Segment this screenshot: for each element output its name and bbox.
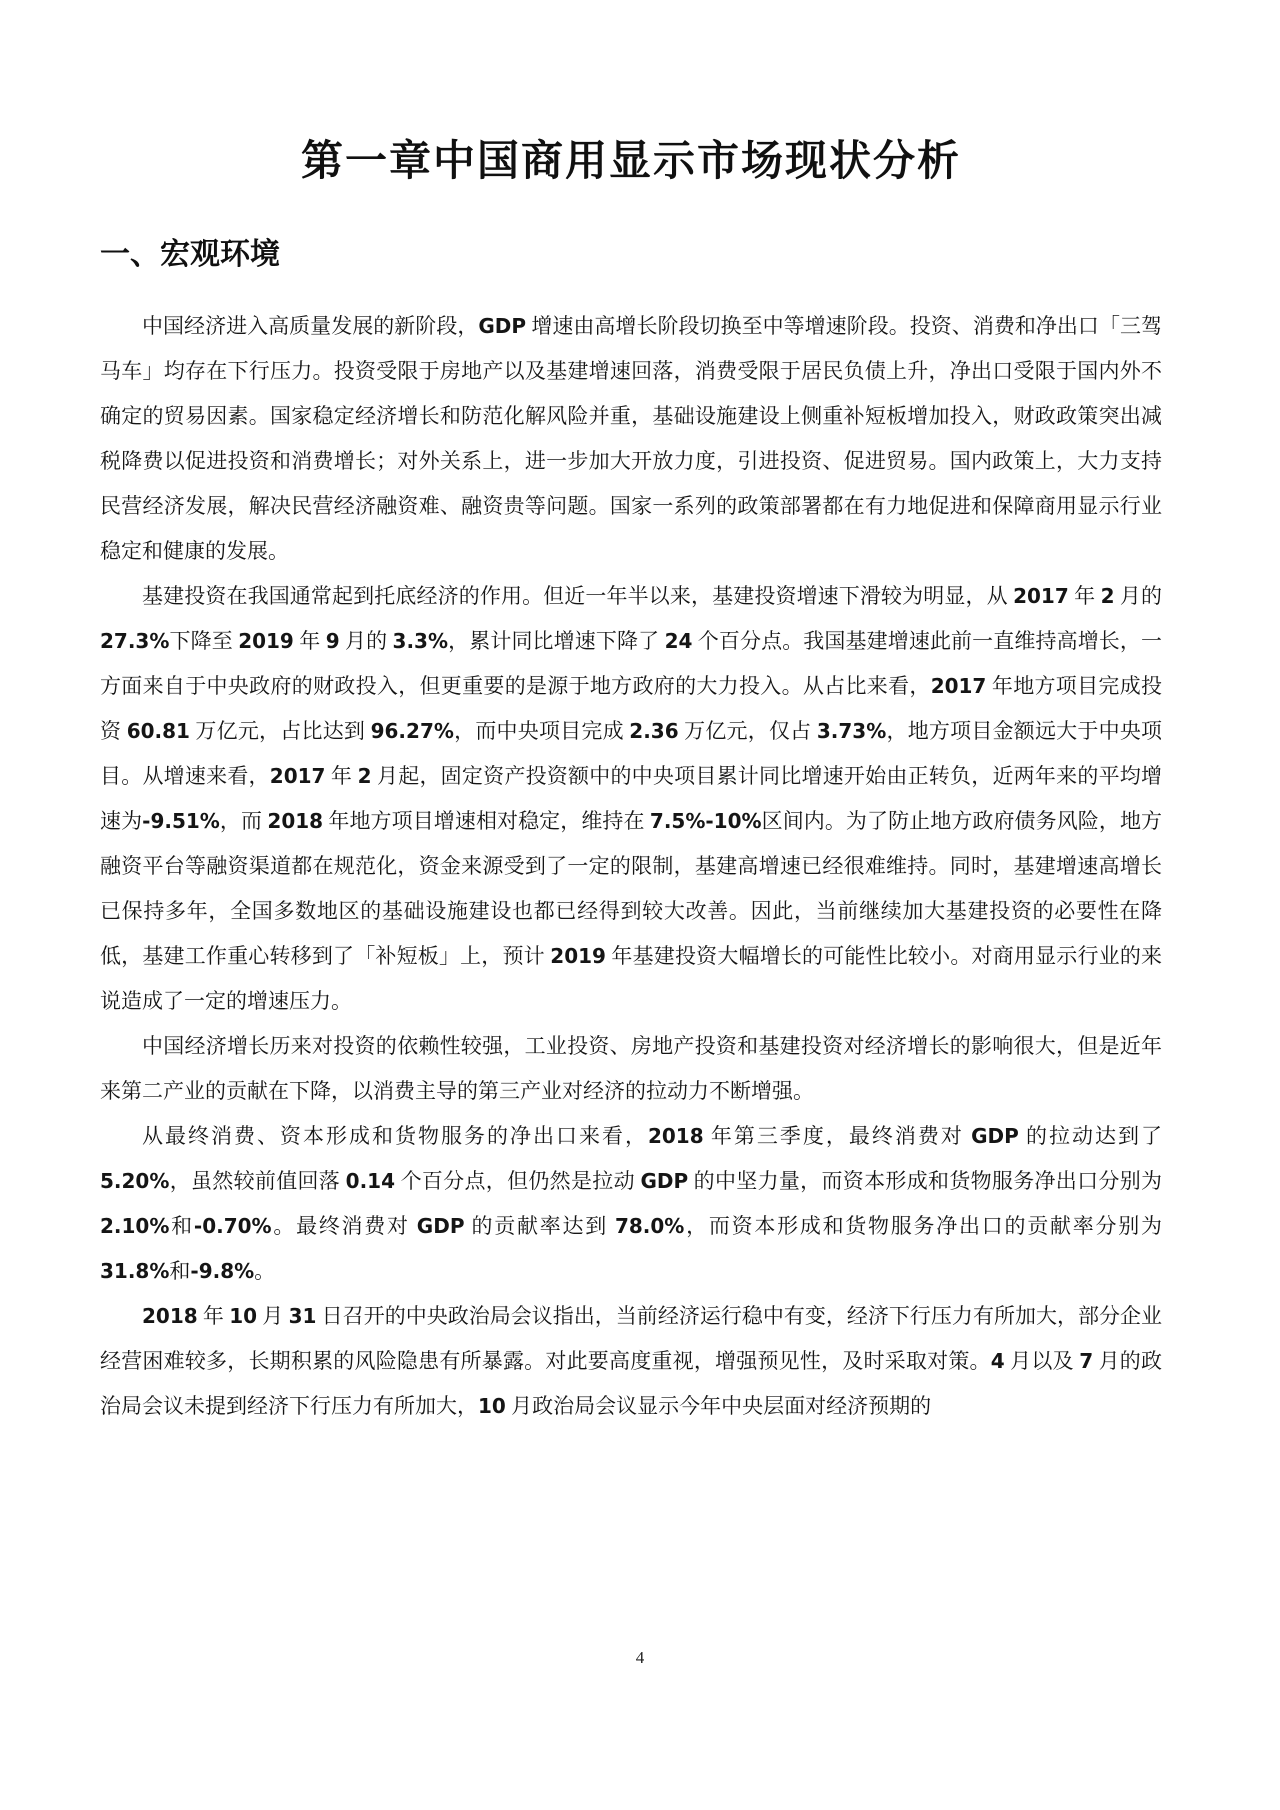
paragraph-consumption-gdp: 从最终消费、资本形成和货物服务的净出口来看，2018 年第三季度，最终消费对 G… (100, 1114, 1162, 1294)
section-heading: 一、宏观环境 (100, 236, 1162, 274)
body-text: 中国经济进入高质量发展的新阶段，GDP 增速由高增长阶段切换至中等增速阶段。投资… (100, 304, 1162, 1429)
paragraph-infrastructure-investment: 基建投资在我国通常起到托底经济的作用。但近一年半以来，基建投资增速下滑较为明显，… (100, 574, 1162, 1024)
document-page: 第一章中国商用显示市场现状分析 一、宏观环境 中国经济进入高质量发展的新阶段，G… (0, 0, 1280, 1810)
paragraph-macro-overview: 中国经济进入高质量发展的新阶段，GDP 增速由高增长阶段切换至中等增速阶段。投资… (100, 304, 1162, 574)
chapter-title: 第一章中国商用显示市场现状分析 (100, 132, 1162, 190)
paragraph-investment-dependence: 中国经济增长历来对投资的依赖性较强，工业投资、房地产投资和基建投资对经济增长的影… (100, 1024, 1162, 1114)
page-number: 4 (0, 1648, 1280, 1668)
paragraph-politburo-meeting: 2018 年 10 月 31 日召开的中央政治局会议指出，当前经济运行稳中有变，… (100, 1294, 1162, 1429)
